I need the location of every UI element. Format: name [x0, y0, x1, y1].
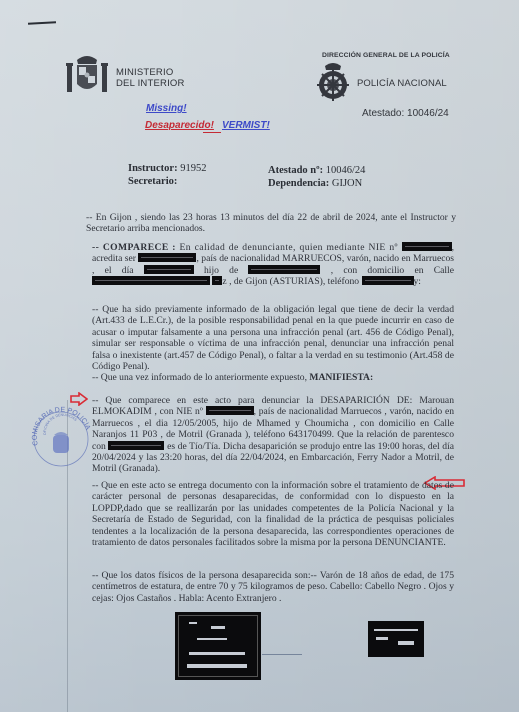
informado-text: -- Que ha sido previamente informado de …: [92, 304, 454, 372]
redacted-block: [144, 265, 194, 274]
informado-paragraph: -- Que ha sido previamente informado de …: [92, 304, 454, 384]
underline-gap: [203, 132, 221, 133]
dependencia-value: GIJON: [332, 178, 362, 189]
atestado-value: 10046/24: [326, 165, 366, 176]
manifiesta-label: MANIFIESTA:: [309, 372, 373, 383]
ministry-line2: DEL INTERIOR: [116, 78, 185, 89]
comparece-label: -- COMPARECE :: [92, 242, 176, 253]
redacted-block: [402, 242, 452, 251]
coat-of-arms-icon: [64, 52, 110, 98]
lopdp-paragraph: -- Que en este acto se entrega documento…: [92, 480, 454, 548]
comparece-text: hijo de: [194, 265, 249, 276]
atestado-block: Atestado nº: 10046/24 Dependencia: GIJON: [268, 164, 365, 190]
instructor-value: 91952: [180, 163, 206, 174]
redacted-block: [362, 276, 414, 285]
comparece-text: y:: [414, 276, 421, 287]
directorate-name: DIRECCIÓN GENERAL DE LA POLICÍA: [322, 52, 450, 59]
manifiesta-text: -- Que una vez informado de lo anteriorm…: [92, 372, 309, 383]
redacted-block: [212, 276, 222, 285]
redacted-signature: [368, 621, 424, 657]
pen-mark: [28, 21, 56, 24]
redacted-block: [92, 276, 210, 285]
secretario-label: Secretario:: [128, 176, 177, 187]
missing-label: Missing!: [146, 103, 187, 114]
comparece-paragraph: -- COMPARECE : En calidad de denunciante…: [92, 242, 454, 288]
atestado-header: Atestado: 10046/24: [362, 108, 449, 119]
ministry-name: MINISTERIO DEL INTERIOR: [116, 67, 185, 89]
police-stamp-icon: COMISARIA DE POLICIA OFICINA DE DENUNCIA…: [30, 405, 92, 467]
dependencia-label: Dependencia:: [268, 178, 329, 189]
ministry-line1: MINISTERIO: [116, 67, 185, 78]
comparece-text: En calidad de denunciante, quien mediant…: [176, 242, 402, 253]
atestado-label: Atestado nº:: [268, 165, 323, 176]
police-name: POLICÍA NACIONAL: [357, 78, 447, 89]
comparece-text: z , de Gijon (ASTURIAS), teléfono: [222, 276, 361, 287]
desaparicion-paragraph: -- Que comparece en este acto para denun…: [92, 395, 454, 475]
redacted-block: [206, 406, 254, 415]
pen-stroke: [262, 654, 302, 655]
instructor-block: Instructor: 91952 Secretario:: [128, 162, 206, 188]
redacted-block: [248, 265, 320, 274]
arrow-right-icon: [70, 392, 88, 406]
physical-description-paragraph: -- Que los datos físicos de la persona d…: [92, 570, 454, 604]
desaparecido-label: Desaparecido!: [145, 120, 214, 131]
redacted-photo: [175, 612, 261, 680]
police-badge-icon: [315, 60, 351, 102]
intro-paragraph: -- En Gijon , siendo las 23 horas 13 min…: [86, 212, 456, 235]
vermist-label: VERMIST!: [222, 120, 270, 131]
comparece-text: , con domicilio en Calle: [320, 265, 454, 276]
redacted-block: [138, 253, 196, 262]
redacted-block: [108, 441, 164, 450]
instructor-label: Instructor:: [128, 163, 178, 174]
